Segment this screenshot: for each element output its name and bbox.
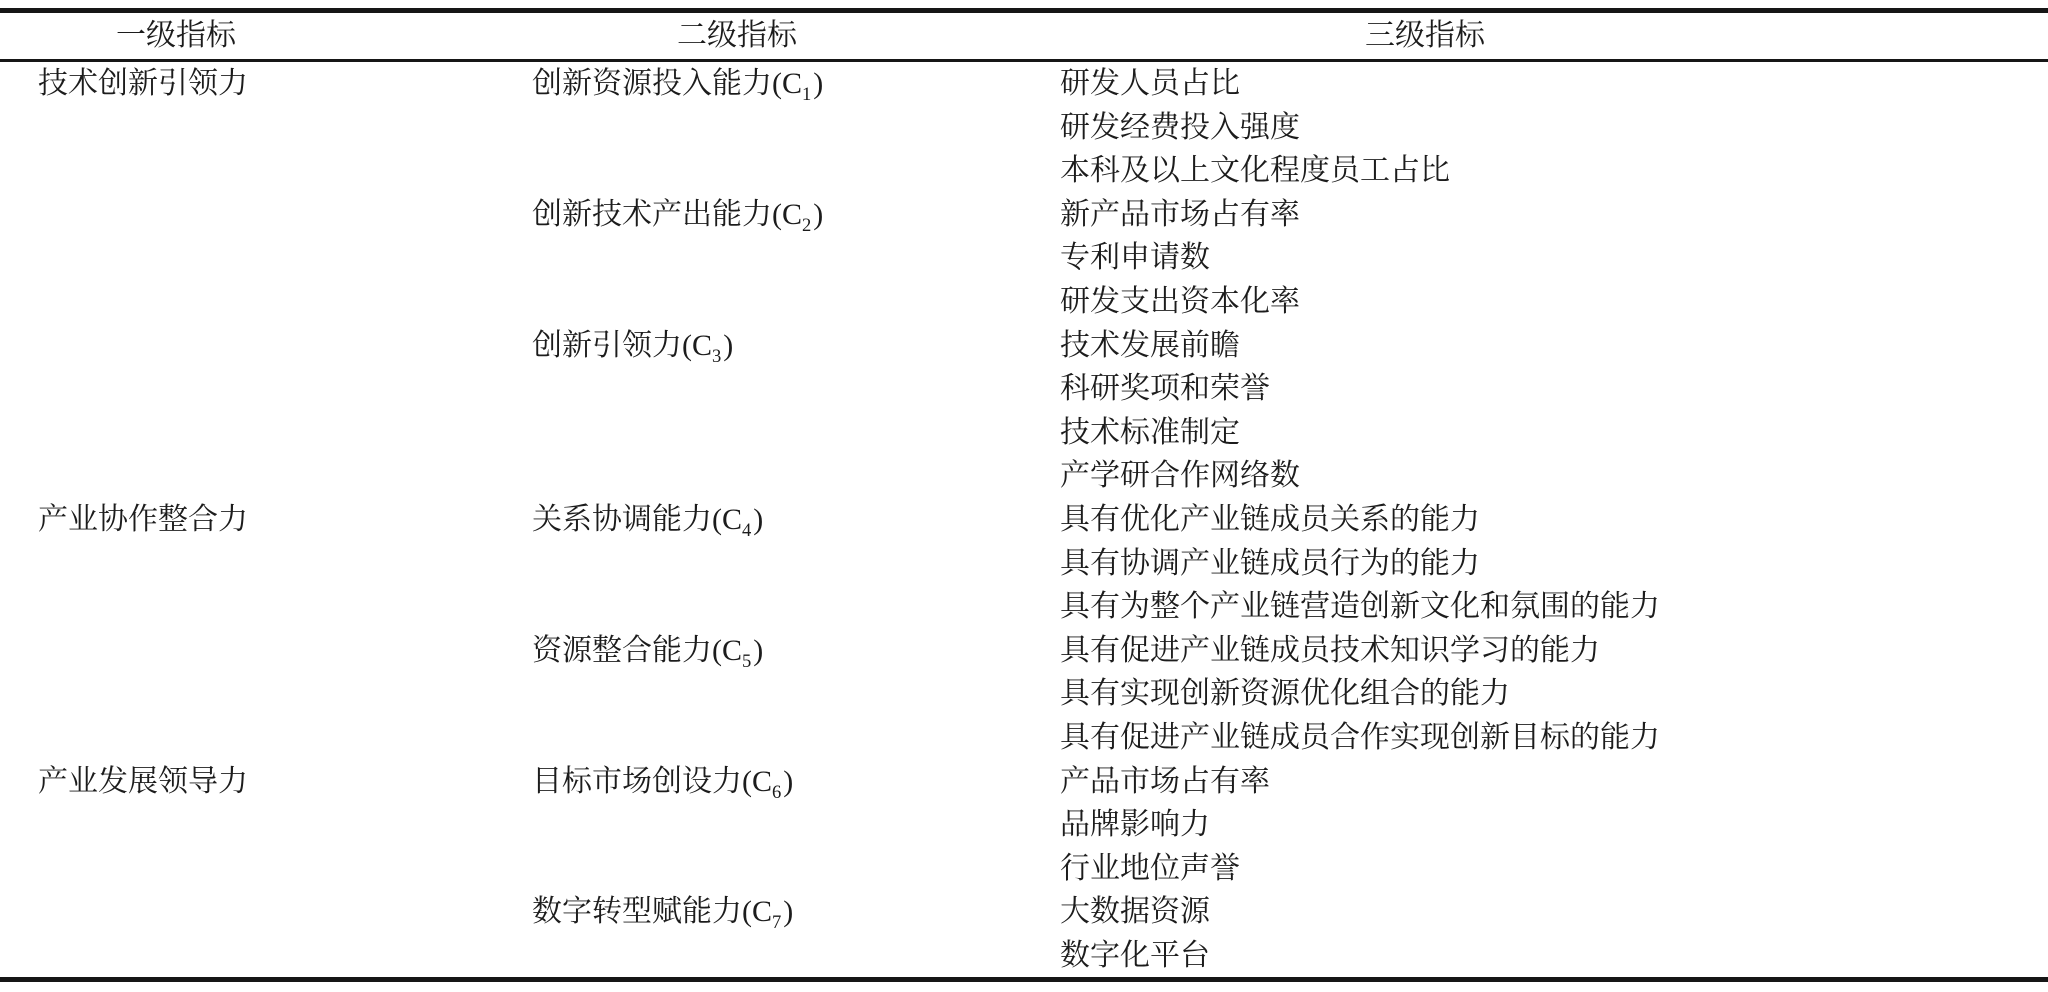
level2-cell: 数字转型赋能力(C7) [502,890,1034,980]
table-row: 技术创新引领力创新资源投入能力(C1)研发人员占比 [0,61,2048,106]
level2-cell: 创新引领力(C3) [502,324,1034,498]
indicator-table-body: 技术创新引领力创新资源投入能力(C1)研发人员占比研发经费投入强度本科及以上文化… [0,61,2048,980]
level2-label-close: ) [723,329,733,362]
level2-cell: 关系协调能力(C4) [502,498,1034,629]
level2-label-close: ) [813,67,823,100]
level2-subscript: 4 [742,520,751,541]
header-level1: 一级指标 [0,11,502,61]
level3-cell: 大数据资源 [1034,890,2048,934]
level2-cell: 资源整合能力(C5) [502,629,1034,760]
level2-label: 创新引领力(C [532,329,712,362]
level3-cell: 专利申请数 [1034,236,2048,280]
level3-cell: 具有优化产业链成员关系的能力 [1034,498,2048,542]
level3-cell: 研发经费投入强度 [1034,106,2048,150]
level3-cell: 研发人员占比 [1034,61,2048,106]
level3-cell: 具有实现创新资源优化组合的能力 [1034,672,2048,716]
level2-label: 资源整合能力(C [532,634,742,667]
level2-label-close: ) [783,765,793,798]
level2-subscript: 2 [802,215,811,236]
level3-cell: 具有促进产业链成员技术知识学习的能力 [1034,629,2048,673]
level3-cell: 新产品市场占有率 [1034,193,2048,237]
level3-cell: 行业地位声誉 [1034,847,2048,891]
header-row: 一级指标 二级指标 三级指标 [0,11,2048,61]
level2-cell: 创新资源投入能力(C1) [502,61,1034,193]
level2-label-close: ) [813,198,823,231]
level2-subscript: 1 [802,84,811,105]
level2-subscript: 6 [772,782,781,803]
table-row: 产业协作整合力关系协调能力(C4)具有优化产业链成员关系的能力 [0,498,2048,542]
level3-cell: 产品市场占有率 [1034,760,2048,804]
level2-cell: 目标市场创设力(C6) [502,760,1034,891]
level1-cell: 产业协作整合力 [0,498,502,760]
level3-cell: 数字化平台 [1034,934,2048,980]
level2-label: 数字转型赋能力(C [532,895,772,928]
indicator-table-container: 一级指标 二级指标 三级指标 技术创新引领力创新资源投入能力(C1)研发人员占比… [0,0,2048,982]
header-level2: 二级指标 [502,11,1034,61]
level2-cell: 创新技术产出能力(C2) [502,193,1034,324]
level1-cell: 产业发展领导力 [0,760,502,980]
level3-cell: 产学研合作网络数 [1034,454,2048,498]
level3-cell: 品牌影响力 [1034,803,2048,847]
level3-cell: 技术标准制定 [1034,411,2048,455]
level3-cell: 本科及以上文化程度员工占比 [1034,149,2048,193]
table-row: 产业发展领导力目标市场创设力(C6)产品市场占有率 [0,760,2048,804]
level2-label-close: ) [783,895,793,928]
level3-cell: 具有促进产业链成员合作实现创新目标的能力 [1034,716,2048,760]
level3-cell: 具有为整个产业链营造创新文化和氛围的能力 [1034,585,2048,629]
level2-label: 目标市场创设力(C [532,765,772,798]
level2-label-close: ) [753,503,763,536]
table-header: 一级指标 二级指标 三级指标 [0,11,2048,61]
level3-cell: 科研奖项和荣誉 [1034,367,2048,411]
level2-subscript: 3 [712,346,721,367]
level3-cell: 具有协调产业链成员行为的能力 [1034,542,2048,586]
level2-label: 创新资源投入能力(C [532,67,802,100]
header-level3: 三级指标 [1034,11,2048,61]
level3-cell: 技术发展前瞻 [1034,324,2048,368]
level2-label-close: ) [753,634,763,667]
level2-subscript: 7 [772,912,781,933]
level2-label: 关系协调能力(C [532,503,742,536]
level3-cell: 研发支出资本化率 [1034,280,2048,324]
level1-cell: 技术创新引领力 [0,61,502,498]
level2-subscript: 5 [742,651,751,672]
indicator-table: 一级指标 二级指标 三级指标 技术创新引领力创新资源投入能力(C1)研发人员占比… [0,8,2048,982]
level2-label: 创新技术产出能力(C [532,198,802,231]
